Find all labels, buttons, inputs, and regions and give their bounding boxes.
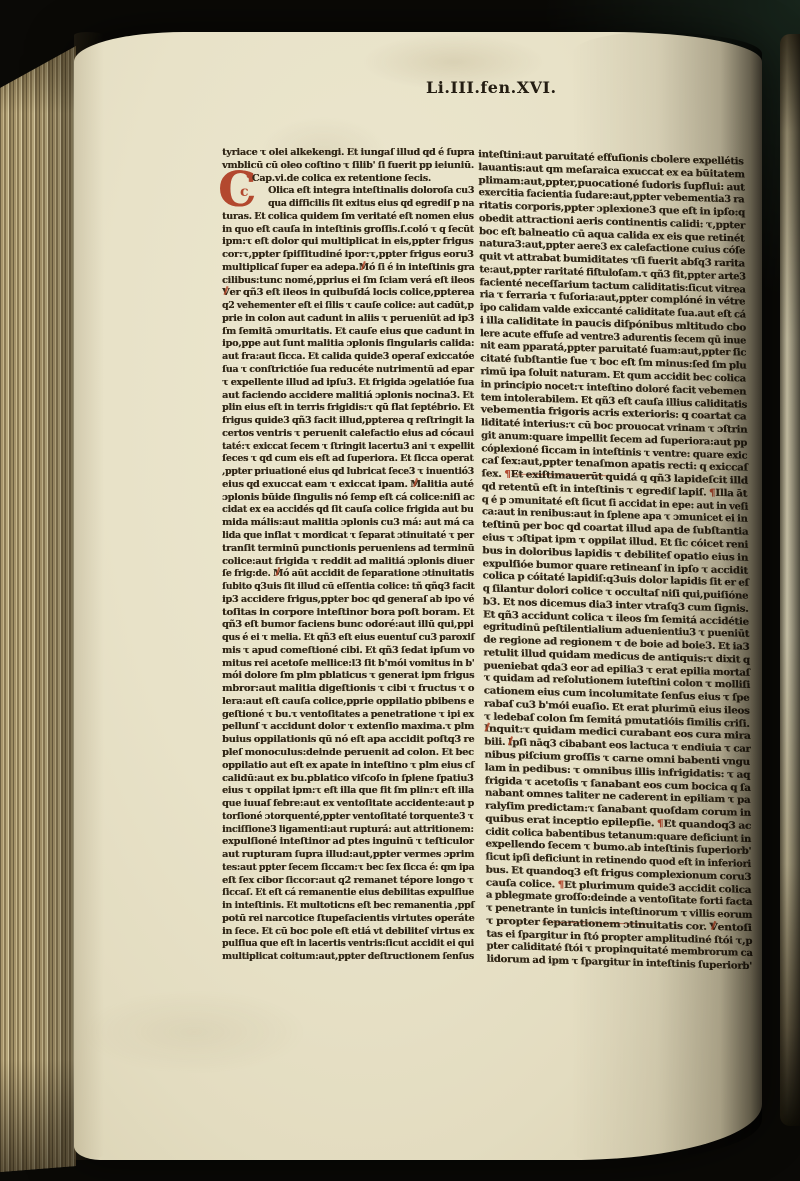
left-edge-shadow (74, 32, 104, 1160)
book-photo: Li.III.fen.XVI. C c tyriace τ olei alkek… (0, 0, 800, 1181)
text-line: inteſtini:aut paruitaté effuſionis cbole… (478, 142, 744, 162)
pilcrow-mark: ¶ (246, 173, 252, 184)
page-header-title: Li.III.fen.XVI. (426, 78, 557, 97)
text-column-right: inteſtini:aut paruitaté effuſionis cbole… (478, 142, 752, 967)
fore-edge-page-stack (0, 46, 76, 1172)
rubricated-capital: M (273, 568, 283, 579)
rubricated-capital: I (484, 724, 489, 735)
pilcrow-mark: ¶ (709, 487, 715, 498)
rubricated-capital: M (410, 479, 421, 490)
rubricated-capital: V (709, 922, 717, 933)
pilcrow-mark: ¶ (558, 879, 564, 890)
book-page: Li.III.fen.XVI. C c tyriace τ olei alkek… (74, 32, 762, 1160)
text-line: tyriace τ olei alkekengi. Et iungaſ illu… (222, 140, 474, 153)
pilcrow-mark: ¶ (504, 469, 511, 480)
facing-page-edge (780, 34, 800, 1126)
text-column-left: tyriace τ olei alkekengi. Et iungaſ illu… (222, 140, 474, 957)
pilcrow-mark: ¶ (657, 818, 664, 829)
rubricated-capital: I (508, 737, 513, 748)
rubricated-capital: M (359, 262, 369, 273)
rubricated-capital: V (222, 287, 229, 298)
